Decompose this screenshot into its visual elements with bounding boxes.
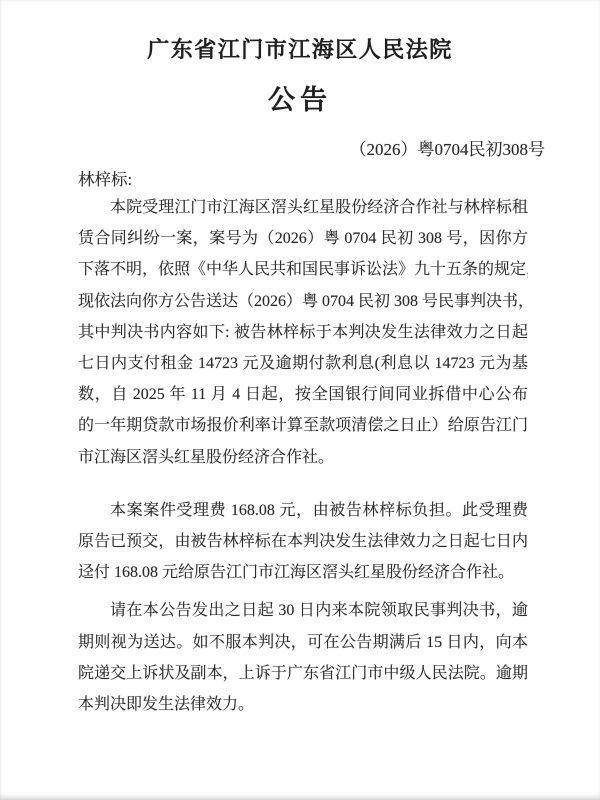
paragraph: 请在本公告发出之日起 30 日内来本院领取民事判决书，逾期则视为送达。如不服本判… xyxy=(78,595,528,720)
document-page: 广东省江门市江海区人民法院 公告 （2026）粤0704民初308号 林梓标: … xyxy=(0,0,600,800)
paragraph: 本院受理江门市江海区滘头红星股份经济合作社与林梓标租赁合同纠纷一案，案号为（20… xyxy=(78,192,528,473)
text-line: 数，自 2025 年 11 月 4 日起，按全国银行间同业拆借中心公布 xyxy=(78,379,528,410)
text-line: 原告已预交，由被告林梓标在本判决发生法律效力之日起七日内 xyxy=(78,526,528,557)
text-line: 下落不明，依照《中华人民共和国民事诉讼法》九十五条的规定， xyxy=(78,254,528,285)
text-line: 的一年期贷款市场报价利率计算至款项清偿之日止）给原告江门 xyxy=(78,410,528,441)
text-line: 其中判决书内容如下: 被告林梓标于本判决发生法律效力之日起 xyxy=(78,317,528,348)
case-number: （2026）粤0704民初308号 xyxy=(0,140,545,160)
addressee-name: 林梓标: xyxy=(78,168,600,192)
text-line: 赁合同纠纷一案，案号为（2026）粤 0704 民初 308 号，因你方 xyxy=(78,223,528,254)
text-line: 请在本公告发出之日起 30 日内来本院领取民事判决书，逾 xyxy=(78,595,528,626)
document-body: 本院受理江门市江海区滘头红星股份经济合作社与林梓标租赁合同纠纷一案，案号为（20… xyxy=(78,192,528,720)
text-line: 本案案件受理费 168.08 元，由被告林梓标负担。此受理费 xyxy=(78,495,528,526)
text-line: 现依法向你方公告送达（2026）粤 0704 民初 308 号民事判决书， xyxy=(78,286,528,317)
text-line: 本院受理江门市江海区滘头红星股份经济合作社与林梓标租 xyxy=(78,192,528,223)
text-line: 本判决即发生法律效力。 xyxy=(78,689,528,720)
paragraph: 本案案件受理费 168.08 元，由被告林梓标负担。此受理费原告已预交，由被告林… xyxy=(78,495,528,589)
text-line: 院递交上诉状及副本，上诉于广东省江门市中级人民法院。逾期 xyxy=(78,658,528,689)
text-line: 期则视为送达。如不服本判决，可在公告期满后 15 日内，向本 xyxy=(78,627,528,658)
text-line: 七日内支付租金 14723 元及逾期付款利息(利息以 14723 元为基 xyxy=(78,348,528,379)
text-line: 市江海区滘头红星股份经济合作社。 xyxy=(78,442,528,473)
court-name-heading: 广东省江门市江海区人民法院 xyxy=(0,0,600,63)
text-line: 迳付 168.08 元给原告江门市江海区滘头红星股份经济合作社。 xyxy=(78,557,528,588)
document-title: 公告 xyxy=(0,85,600,115)
